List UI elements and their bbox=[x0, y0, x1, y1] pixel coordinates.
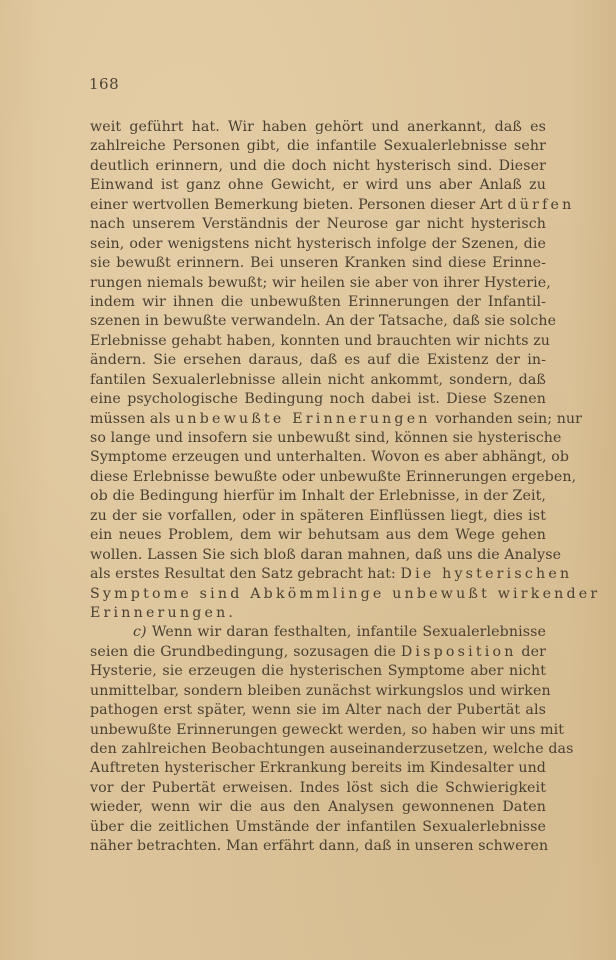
text-line: indem wir ihnen die unbewußten Erinnerun… bbox=[90, 293, 546, 312]
book-page: 168 weit geführt hat. Wir haben gehört u… bbox=[0, 0, 616, 960]
text-segment: vorhanden sein; nur bbox=[431, 411, 582, 427]
text-line: szenen in bewußte verwandeln. An der Tat… bbox=[90, 312, 546, 331]
text-line: müssen als unbewußte Erinnerungen vorhan… bbox=[90, 410, 546, 429]
text-line: ein neues Problem, dem wir behutsam aus … bbox=[90, 526, 546, 545]
text-line: rungen niemals bewußt; wir heilen sie ab… bbox=[90, 274, 546, 293]
text-line: Auftreten hysterischer Erkrankung bereit… bbox=[90, 759, 546, 778]
text-line: eine psychologische Bedingung noch dabei… bbox=[90, 390, 546, 409]
text-line: als erstes Resultat den Satz gebracht ha… bbox=[90, 565, 546, 584]
text-line: Erlebnisse gehabt haben, konnten und bra… bbox=[90, 332, 546, 351]
text-line: wieder, wenn wir die aus den Analysen ge… bbox=[90, 798, 546, 817]
text-line: pathogen erst später, wenn sie im Alter … bbox=[90, 701, 546, 720]
text-line: zahlreiche Personen gibt, die infantile … bbox=[90, 137, 546, 156]
page-number: 168 bbox=[89, 75, 119, 93]
emphasis-spaced: dürfen bbox=[507, 197, 574, 213]
text-line: unmittelbar, sondern bleiben zunächst wi… bbox=[90, 682, 546, 701]
text-line: näher betrachten. Man erfährt dann, daß … bbox=[90, 837, 546, 856]
text-line: nach unserem Verständnis der Neurose gar… bbox=[90, 215, 546, 234]
text-segment: seien die Grundbedingung, sozusagen die bbox=[90, 644, 401, 660]
text-segment: der bbox=[517, 644, 546, 660]
emphasis-spaced: Disposition bbox=[401, 644, 517, 660]
text-line: den zahlreichen Beobachtungen auseinande… bbox=[90, 740, 546, 759]
text-line: sie bewußt erinnern. Bei unseren Kranken… bbox=[90, 254, 546, 273]
text-line: diese Erlebnisse bewußte oder unbewußte … bbox=[90, 468, 546, 487]
paragraph-start-line: c) Wenn wir daran festhalten, infantile … bbox=[90, 623, 546, 642]
text-segment: müssen als bbox=[90, 411, 175, 427]
text-line: einer wertvollen Bemerkung bieten. Perso… bbox=[90, 196, 546, 215]
text-line: deutlich erinnern, und die doch nicht hy… bbox=[90, 157, 546, 176]
text-line: weit geführt hat. Wir haben gehört und a… bbox=[90, 118, 546, 137]
text-segment: einer wertvollen Bemerkung bieten. Perso… bbox=[90, 197, 507, 213]
text-line: unbewußte Erinnerungen geweckt werden, s… bbox=[90, 721, 546, 740]
emphasis-spaced: Die hysterischen bbox=[401, 566, 573, 582]
text-line: fantilen Sexualerlebnisse allein nicht a… bbox=[90, 371, 546, 390]
text-line: wollen. Lassen Sie sich bloß daran mahne… bbox=[90, 546, 546, 565]
text-line: über die zeitlichen Umstände der infanti… bbox=[90, 818, 546, 837]
text-line: seien die Grundbedingung, sozusagen die … bbox=[90, 643, 546, 662]
emphasis-spaced: Erinnerungen. bbox=[90, 605, 236, 621]
text-line: zu der sie vorfallen, oder in späteren E… bbox=[90, 507, 546, 526]
text-line: sein, oder wenigstens nicht hysterisch i… bbox=[90, 235, 546, 254]
text-line: Symptome sind Abkömmlinge unbewußt wirke… bbox=[90, 585, 546, 604]
text-line: Symptome erzeugen und unterhalten. Wovon… bbox=[90, 448, 546, 467]
text-line: Erinnerungen. bbox=[90, 604, 546, 623]
text-line: ändern. Sie ersehen daraus, daß es auf d… bbox=[90, 351, 546, 370]
text-line: Einwand ist ganz ohne Gewicht, er wird u… bbox=[90, 176, 546, 195]
body-text: weit geführt hat. Wir haben gehört und a… bbox=[90, 118, 546, 857]
text-line: ob die Bedingung hierfür im Inhalt der E… bbox=[90, 487, 546, 506]
text-line: vor der Pubertät erweisen. Indes löst si… bbox=[90, 779, 546, 798]
text-segment: als erstes Resultat den Satz gebracht ha… bbox=[90, 566, 401, 582]
text-segment: Wenn wir daran festhalten, infantile Sex… bbox=[147, 624, 546, 640]
emphasis-spaced: Symptome sind Abkömmlinge unbewußt wirke… bbox=[90, 586, 600, 602]
text-line: Hysterie, sie erzeugen die hysterischen … bbox=[90, 662, 546, 681]
text-line: so lange und insofern sie unbewußt sind,… bbox=[90, 429, 546, 448]
section-marker: c) bbox=[133, 624, 147, 640]
emphasis-spaced: unbewußte Erinnerungen bbox=[175, 411, 431, 427]
